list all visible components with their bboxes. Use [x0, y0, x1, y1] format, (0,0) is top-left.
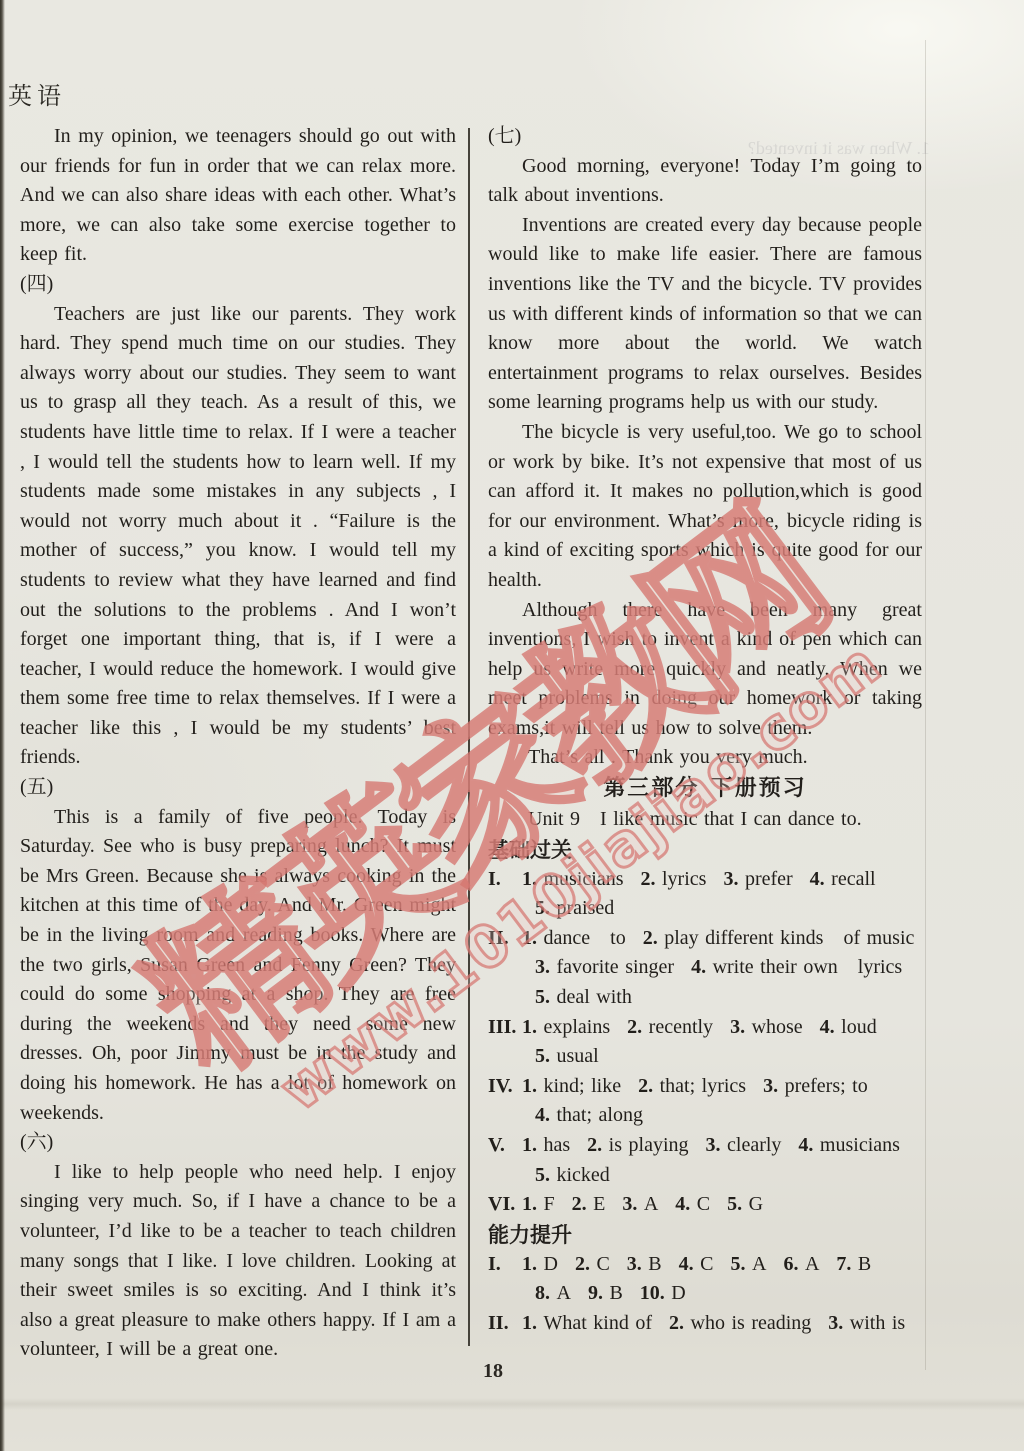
- answer-item: 1. musicians: [522, 868, 624, 890]
- answer-block: IV.1. kind; like2. that; lyrics3. prefer…: [488, 1072, 922, 1131]
- answer-item: 5. A: [730, 1253, 766, 1275]
- paper-crease: [0, 1398, 1024, 1410]
- section-heading: (四): [20, 270, 456, 300]
- answer-block: III.1. explains2. recently3. whose4. lou…: [488, 1013, 922, 1072]
- answer-line: 4. that; along: [522, 1101, 922, 1131]
- answer-item: 5. praised: [535, 897, 614, 919]
- paragraph: Inventions are created every day because…: [488, 211, 922, 418]
- answer-item: 5. usual: [535, 1045, 599, 1067]
- subsection-heading: 基础过关: [488, 835, 922, 865]
- answer-item: 1. D: [522, 1253, 558, 1275]
- answer-item: 3. prefer: [723, 868, 792, 890]
- answer-item: 1. kind; like: [522, 1075, 621, 1097]
- answer-item: 1. has: [522, 1134, 570, 1156]
- page-left-scan-edge: [0, 0, 5, 1451]
- answer-item: 3. with is: [828, 1312, 905, 1334]
- roman-numeral-label: I.: [488, 865, 501, 895]
- answer-item: 1. What kind of: [522, 1312, 652, 1334]
- paragraph: This is a family of five people. Today i…: [20, 803, 456, 1129]
- text-block-right-border: [925, 40, 926, 1370]
- roman-numeral-label: VI.: [488, 1190, 515, 1220]
- answer-item: 3. B: [627, 1253, 662, 1275]
- text-line: That’s all . Thank you very much.: [488, 743, 922, 773]
- answer-item: 4. recall: [810, 868, 876, 890]
- answer-block: I.1. musicians2. lyrics3. prefer4. recal…: [488, 865, 922, 924]
- paragraph: Although there have been many great inve…: [488, 596, 922, 744]
- answer-line: 5. kicked: [522, 1161, 922, 1191]
- answer-item: 4. C: [675, 1193, 710, 1215]
- section-heading: (七): [488, 122, 922, 152]
- answer-line: III.1. explains2. recently3. whose4. lou…: [522, 1013, 922, 1043]
- answer-item: 4. that; along: [535, 1104, 643, 1126]
- answer-item: 4. musicians: [798, 1134, 900, 1156]
- answer-item: 3. A: [622, 1193, 658, 1215]
- subsection-heading: 能力提升: [488, 1220, 922, 1250]
- part-title: 第三部分 下册预习: [488, 773, 922, 805]
- answer-item: 2. C: [575, 1253, 610, 1275]
- answer-block: II.1. What kind of2. who is reading3. wi…: [488, 1309, 922, 1339]
- subject-header: 英语: [8, 76, 66, 111]
- answer-line: IV.1. kind; like2. that; lyrics3. prefer…: [522, 1072, 922, 1102]
- answer-item: 1. explains: [522, 1016, 610, 1038]
- answer-item: 3. prefers; to: [763, 1075, 868, 1097]
- roman-numeral-label: II.: [488, 1309, 509, 1339]
- answer-item: 2. that; lyrics: [638, 1075, 746, 1097]
- answer-item: 2. recently: [627, 1016, 713, 1038]
- section-heading: (六): [20, 1128, 456, 1158]
- scanned-workbook-page: 英语 1. When was it invented? In my opinio…: [0, 0, 1024, 1451]
- answer-item: 4. C: [679, 1253, 714, 1275]
- answer-item: 2. E: [572, 1193, 606, 1215]
- answer-line: VI.1. F2. E3. A4. C5. G: [522, 1190, 922, 1220]
- left-column: In my opinion, we teenagers should go ou…: [20, 122, 456, 1365]
- answer-item: 2. is playing: [587, 1134, 688, 1156]
- paragraph: Good morning, everyone! Today I’m going …: [488, 152, 922, 211]
- answer-item: 7. B: [836, 1253, 871, 1275]
- answer-line: 5. praised: [522, 894, 922, 924]
- paragraph: I like to help people who need help. I e…: [20, 1158, 456, 1365]
- roman-numeral-label: III.: [488, 1013, 516, 1043]
- page-number: 18: [458, 1360, 528, 1383]
- answer-item: 9. B: [588, 1282, 623, 1304]
- paragraph: Teachers are just like our parents. They…: [20, 300, 456, 774]
- answer-item: 10. D: [640, 1282, 686, 1304]
- answer-line: 5. deal with: [522, 983, 922, 1013]
- answer-item: 8. A: [535, 1282, 571, 1304]
- section-heading: (五): [20, 773, 456, 803]
- answer-item: 5. deal with: [535, 986, 632, 1008]
- answer-block: VI.1. F2. E3. A4. C5. G: [488, 1190, 922, 1220]
- answer-item: 3. favorite singer: [535, 956, 674, 978]
- answer-item: 4. loud: [820, 1016, 877, 1038]
- answer-item: 1. F: [522, 1193, 555, 1215]
- answer-block: I.1. D2. C3. B4. C5. A6. A7. B8. A9. B10…: [488, 1250, 922, 1309]
- answer-item: 2. who is reading: [669, 1312, 811, 1334]
- column-divider: [468, 128, 470, 1346]
- answer-item: 5. G: [727, 1193, 763, 1215]
- answer-line: I.1. D2. C3. B4. C5. A6. A7. B: [522, 1250, 922, 1280]
- roman-numeral-label: V.: [488, 1131, 505, 1161]
- answer-block: V.1. has2. is playing3. clearly4. musici…: [488, 1131, 922, 1190]
- roman-numeral-label: I.: [488, 1250, 501, 1280]
- answer-line: 3. favorite singer4. write their own lyr…: [522, 953, 922, 983]
- answer-item: 3. whose: [730, 1016, 803, 1038]
- answer-line: II.1. What kind of2. who is reading3. wi…: [522, 1309, 922, 1339]
- text-line: Unit 9 I like music that I can dance to.: [488, 805, 922, 835]
- answer-block: II.1. dance to2. play different kinds of…: [488, 924, 922, 1013]
- answer-item: 4. write their own lyrics: [691, 956, 902, 978]
- paragraph: The bicycle is very useful,too. We go to…: [488, 418, 922, 596]
- answer-line: 5. usual: [522, 1042, 922, 1072]
- right-column: (七)Good morning, everyone! Today I’m goi…: [488, 122, 922, 1339]
- answer-item: 6. A: [783, 1253, 819, 1275]
- roman-numeral-label: IV.: [488, 1072, 513, 1102]
- answer-line: V.1. has2. is playing3. clearly4. musici…: [522, 1131, 922, 1161]
- answer-line: I.1. musicians2. lyrics3. prefer4. recal…: [522, 865, 922, 895]
- answer-item: 3. clearly: [706, 1134, 782, 1156]
- roman-numeral-label: II.: [488, 924, 509, 954]
- answer-item: 1. dance to: [522, 927, 626, 949]
- answer-item: 2. lyrics: [641, 868, 707, 890]
- answer-line: II.1. dance to2. play different kinds of…: [522, 924, 922, 954]
- paragraph: In my opinion, we teenagers should go ou…: [20, 122, 456, 270]
- answer-item: 2. play different kinds of music: [643, 927, 915, 949]
- answer-line: 8. A9. B10. D: [522, 1279, 922, 1309]
- answer-item: 5. kicked: [535, 1164, 610, 1186]
